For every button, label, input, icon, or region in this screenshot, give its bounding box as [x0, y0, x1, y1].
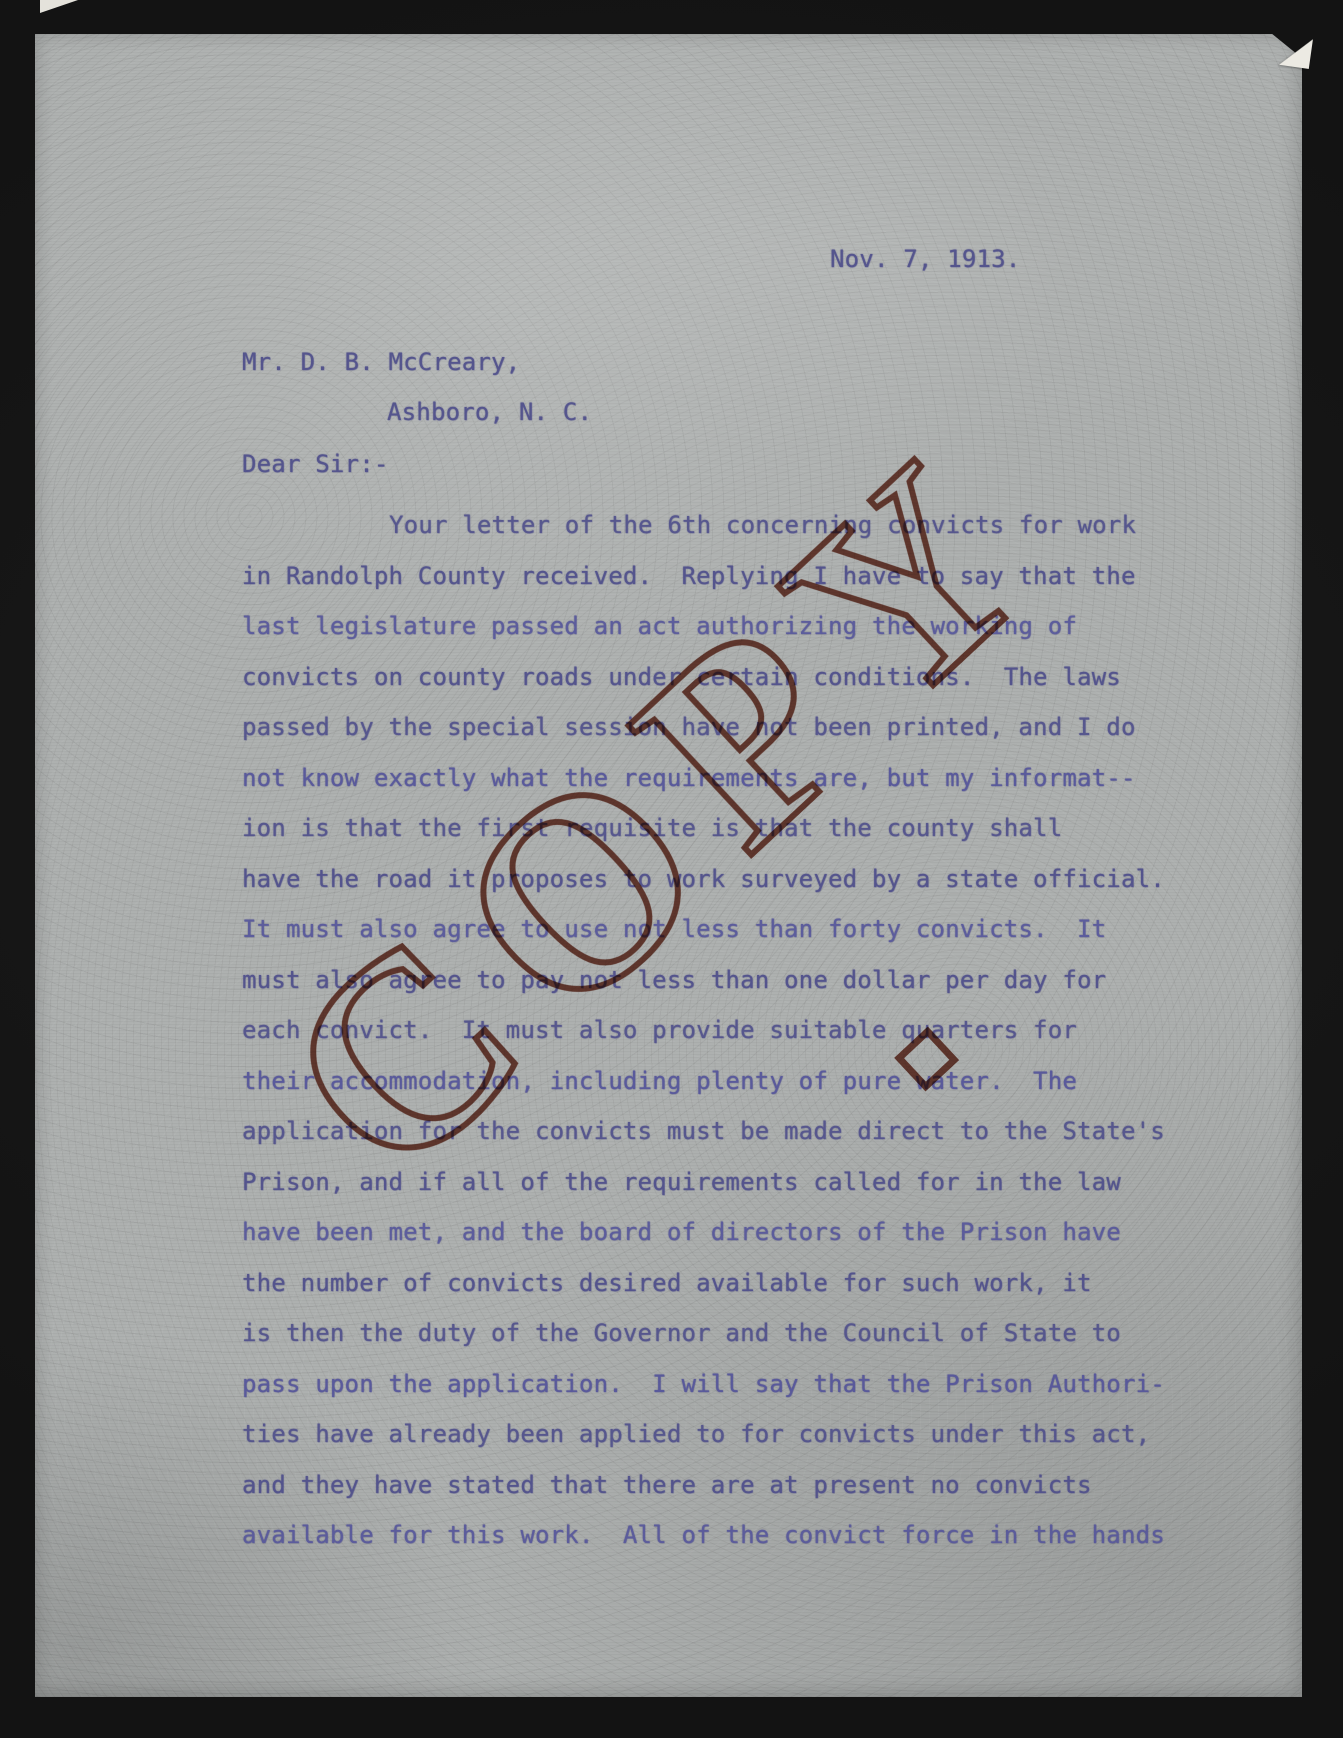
folded-corner-flap — [1279, 35, 1313, 69]
recipient-city: Ashboro, N. C. — [387, 398, 592, 426]
salutation: Dear Sir:- — [242, 450, 389, 478]
typed-line: their accommodation, including plenty of… — [242, 1056, 1165, 1107]
typed-line: in Randolph County received. Replying I … — [242, 551, 1165, 602]
typed-line: and they have stated that there are at p… — [242, 1460, 1165, 1511]
typed-line: Prison, and if all of the requirements c… — [242, 1157, 1165, 1208]
letter-body: Your letter of the 6th concerning convic… — [242, 500, 1165, 1561]
typed-line: not know exactly what the requirements a… — [242, 753, 1165, 804]
typed-line: have been met, and the board of director… — [242, 1207, 1165, 1258]
typed-line: passed by the special session have not b… — [242, 702, 1165, 753]
typed-line: It must also agree to use not less than … — [242, 904, 1165, 955]
typed-line: last legislature passed an act authorizi… — [242, 601, 1165, 652]
typed-line: is then the duty of the Governor and the… — [242, 1308, 1165, 1359]
paper-edge-sliver — [40, 0, 78, 13]
typed-line: available for this work. All of the conv… — [242, 1510, 1165, 1561]
scan-background: { "letter": { "date_line": "Nov. 7, 1913… — [0, 0, 1343, 1738]
date-line: Nov. 7, 1913. — [830, 245, 1020, 273]
typed-line: must also agree to pay not less than one… — [242, 955, 1165, 1006]
typed-line: ion is that the first requisite is that … — [242, 803, 1165, 854]
typed-line: convicts on county roads under certain c… — [242, 652, 1165, 703]
typed-line: each convict. It must also provide suita… — [242, 1005, 1165, 1056]
letter-paper: Nov. 7, 1913. Mr. D. B. McCreary, Ashbor… — [35, 34, 1302, 1697]
typed-line: pass upon the application. I will say th… — [242, 1359, 1165, 1410]
recipient-name: Mr. D. B. McCreary, — [242, 348, 520, 376]
typed-line: Your letter of the 6th concerning convic… — [242, 500, 1165, 551]
typed-line: application for the convicts must be mad… — [242, 1106, 1165, 1157]
typed-line: ties have already been applied to for co… — [242, 1409, 1165, 1460]
typed-line: the number of convicts desired available… — [242, 1258, 1165, 1309]
typed-line: have the road it proposes to work survey… — [242, 854, 1165, 905]
